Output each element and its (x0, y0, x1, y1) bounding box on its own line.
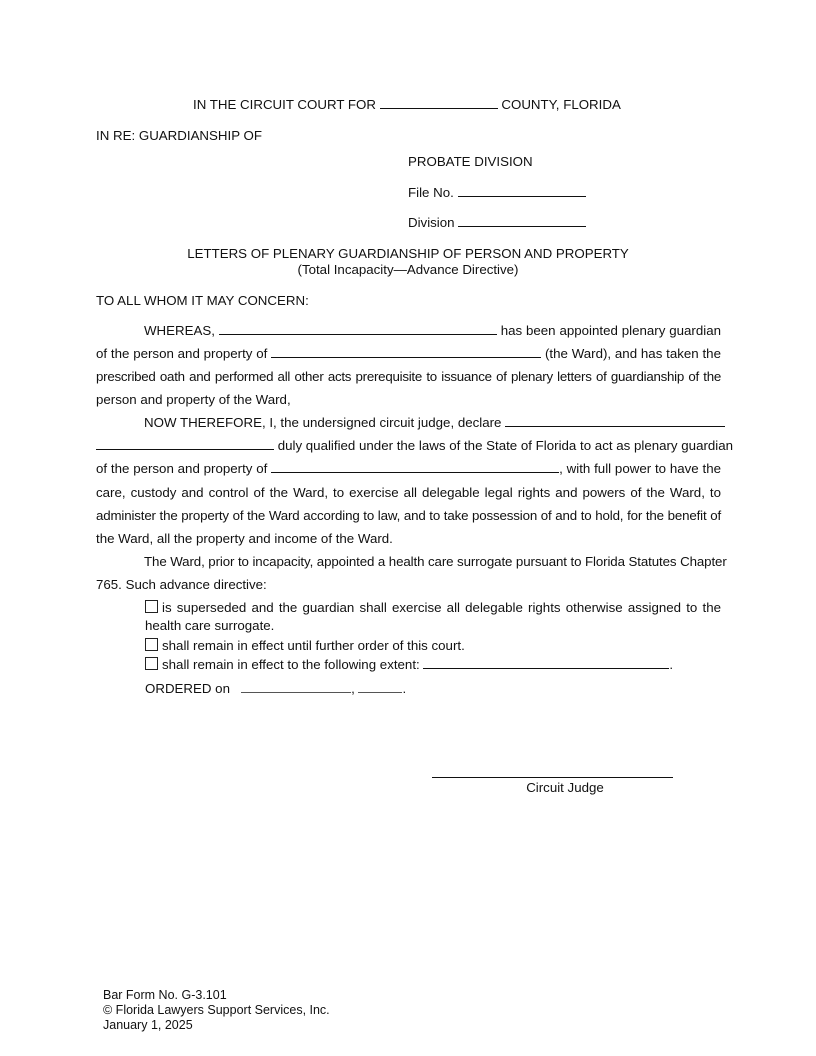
guardian-declared-field-1[interactable] (505, 415, 725, 427)
now-therefore-line-6: the Ward, all the property and income of… (96, 531, 721, 546)
whereas-line-3: prescribed oath and performed all other … (96, 369, 721, 384)
division-row: Division (408, 215, 586, 230)
in-re-caption: IN RE: GUARDIANSHIP OF (96, 128, 262, 143)
bar-form-number: Bar Form No. G-3.101 (103, 988, 330, 1003)
court-prefix: IN THE CIRCUIT COURT FOR (193, 97, 376, 112)
guardian-declared-field-2[interactable] (96, 438, 274, 450)
probate-division-label: PROBATE DIVISION (408, 154, 533, 169)
court-caption: IN THE CIRCUIT COURT FOR COUNTY, FLORIDA (193, 97, 621, 112)
file-no-label: File No. (408, 185, 454, 200)
guardian-name-field[interactable] (219, 323, 497, 335)
option-remain-until-order: shall remain in effect until further ord… (145, 638, 465, 653)
court-suffix: COUNTY, FLORIDA (501, 97, 620, 112)
division-label: Division (408, 215, 455, 230)
ordered-label: ORDERED on (145, 681, 230, 696)
county-field[interactable] (380, 97, 498, 109)
whereas-line-2: of the person and property of (the Ward)… (96, 346, 721, 361)
now-therefore-line-5: administer the property of the Ward acco… (96, 508, 721, 523)
copyright: © Florida Lawyers Support Services, Inc. (103, 1003, 330, 1018)
ward-line-2: 765. Such advance directive: (96, 577, 721, 592)
form-date: January 1, 2025 (103, 1018, 330, 1033)
option-remain-extent: shall remain in effect to the following … (145, 657, 673, 672)
salutation: TO ALL WHOM IT MAY CONCERN: (96, 293, 309, 308)
ordered-year-field[interactable] (358, 681, 402, 693)
signature-line[interactable] (432, 777, 673, 778)
now-therefore-line-2: duly qualified under the laws of the Sta… (96, 438, 721, 453)
division-field[interactable] (458, 215, 586, 227)
now-therefore-line-3: of the person and property of , with ful… (96, 461, 721, 476)
ward-name-field[interactable] (271, 346, 541, 358)
option-superseded-cont: health care surrogate. (145, 618, 274, 633)
ordered-row: ORDERED on , . (145, 681, 406, 696)
document-title: LETTERS OF PLENARY GUARDIANSHIP OF PERSO… (0, 246, 816, 261)
checkbox-remain-extent[interactable] (145, 657, 158, 670)
file-no-field[interactable] (458, 185, 586, 197)
file-no-row: File No. (408, 185, 586, 200)
ward-line-1: The Ward, prior to incapacity, appointed… (96, 554, 721, 569)
option-superseded: is superseded and the guardian shall exe… (145, 600, 721, 615)
ordered-date-field[interactable] (241, 681, 351, 693)
ward-name-field-2[interactable] (271, 461, 559, 473)
now-therefore-line-4: care, custody and control of the Ward, t… (96, 485, 721, 500)
checkbox-remain-until-order[interactable] (145, 638, 158, 651)
checkbox-superseded[interactable] (145, 600, 158, 613)
footer: Bar Form No. G-3.101 © Florida Lawyers S… (103, 988, 330, 1033)
whereas-line-4: person and property of the Ward, (96, 392, 721, 407)
signature-label: Circuit Judge (432, 780, 698, 795)
extent-field[interactable] (423, 657, 669, 669)
document-subtitle: (Total Incapacity—Advance Directive) (0, 262, 816, 277)
now-therefore-line-1: NOW THEREFORE, I, the undersigned circui… (96, 415, 721, 430)
whereas-line-1: WHEREAS, has been appointed plenary guar… (96, 323, 721, 338)
